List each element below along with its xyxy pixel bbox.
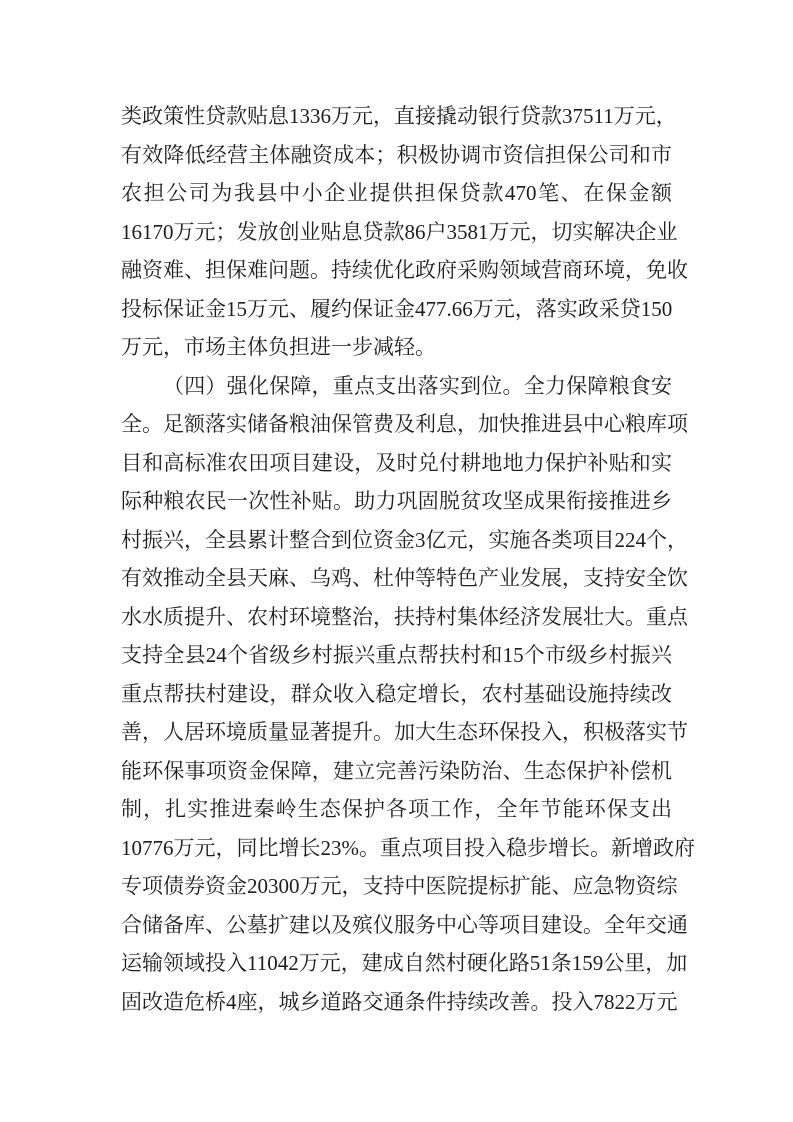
text-line: 农担公司为我县中小企业提供担保贷款470笔、在保金额	[121, 174, 672, 213]
text-line: 16170万元；发放创业贴息贷款86户3581万元，切实解决企业	[121, 213, 672, 252]
text-line: 目和高标准农田项目建设，及时兑付耕地地力保护补贴和实	[121, 444, 672, 483]
text-line: 制，扎实推进秦岭生态保护各项工作，全年节能环保支出	[121, 790, 672, 829]
text-line: 能环保事项资金保障，建立完善污染防治、生态保护补偿机	[121, 752, 672, 791]
text-line: 合储备库、公墓扩建以及殡仪服务中心等项目建设。全年交通	[121, 906, 672, 945]
text-line: 善，人居环境质量显著提升。加大生态环保投入，积极落实节	[121, 713, 672, 752]
paragraph-heading-line: （四）强化保障，重点支出落实到位。全力保障粮食安	[121, 367, 672, 406]
text-line: 万元，市场主体负担进一步减轻。	[121, 328, 672, 367]
text-line: 10776万元，同比增长23%。重点项目投入稳步增长。新增政府	[121, 829, 672, 868]
text-line: 际种粮农民一次性补贴。助力巩固脱贫攻坚成果衔接推进乡	[121, 482, 672, 521]
text-line: 类政策性贷款贴息1336万元，直接撬动银行贷款37511万元，	[121, 97, 672, 136]
text-line: 运输领域投入11042万元，建成自然村硬化路51条159公里，加	[121, 944, 672, 983]
text-line: 全。足额落实储备粮油保管费及利息，加快推进县中心粮库项	[121, 405, 672, 444]
text-line: 投标保证金15万元、履约保证金477.66万元，落实政采贷150	[121, 290, 672, 329]
text-line: 支持全县24个省级乡村振兴重点帮扶村和15个市级乡村振兴	[121, 636, 672, 675]
text-block: 类政策性贷款贴息1336万元，直接撬动银行贷款37511万元， 有效降低经营主体…	[121, 97, 672, 1021]
text-line: 有效推动全县天麻、乌鸡、杜仲等特色产业发展，支持安全饮	[121, 559, 672, 598]
text-line: 有效降低经营主体融资成本；积极协调市资信担保公司和市	[121, 136, 672, 175]
text-line: 重点帮扶村建设，群众收入稳定增长，农村基础设施持续改	[121, 675, 672, 714]
text-line: 水水质提升、农村环境整治，扶持村集体经济发展壮大。重点	[121, 598, 672, 637]
document-page: 类政策性贷款贴息1336万元，直接撬动银行贷款37511万元， 有效降低经营主体…	[0, 0, 793, 1122]
text-line: 村振兴，全县累计整合到位资金3亿元，实施各类项目224个，	[121, 521, 672, 560]
text-line: 固改造危桥4座，城乡道路交通条件持续改善。投入7822万元	[121, 983, 672, 1022]
text-line: 专项债券资金20300万元，支持中医院提标扩能、应急物资综	[121, 867, 672, 906]
text-line: 融资难、担保难问题。持续优化政府采购领域营商环境，免收	[121, 251, 672, 290]
